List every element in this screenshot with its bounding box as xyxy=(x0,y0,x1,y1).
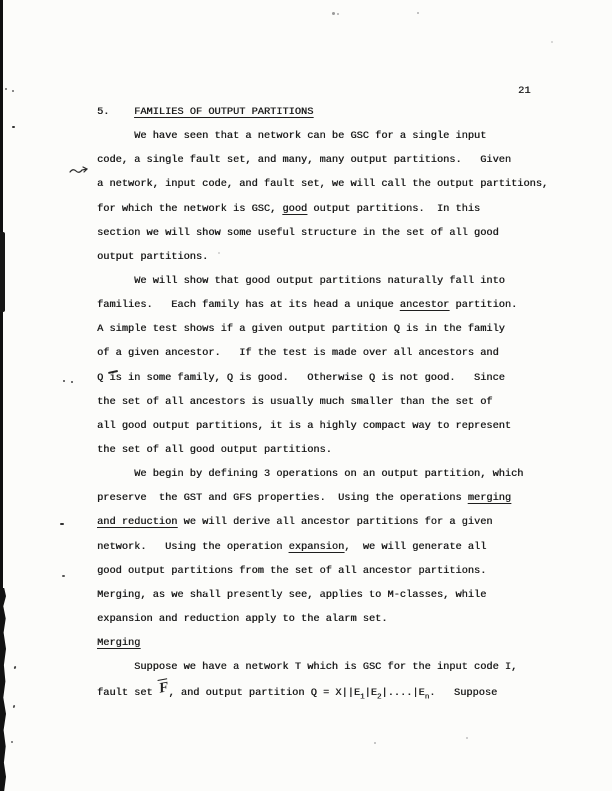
text-line: We have seen that a network can be GSC f… xyxy=(97,124,548,148)
text-line: a network, input code, and fault set, we… xyxy=(97,172,548,196)
text-line: 5. FAMILIES OF OUTPUT PARTITIONS xyxy=(97,100,548,124)
scan-speck xyxy=(374,742,376,744)
text-line: code, a single fault set, and many, many… xyxy=(97,148,548,172)
scan-speck xyxy=(62,575,65,577)
text-line: good output partitions from the set of a… xyxy=(97,559,548,583)
scan-speck xyxy=(337,13,339,15)
scan-speck xyxy=(12,90,14,92)
text-line: expansion and reduction apply to the ala… xyxy=(97,607,548,631)
text-line: Merging xyxy=(97,631,548,655)
scan-speck xyxy=(218,252,220,254)
scan-speck xyxy=(417,12,419,14)
text-line: of a given ancestor. If the test is made… xyxy=(97,341,548,365)
text-line: all good output partitions, it is a high… xyxy=(97,414,548,438)
text-line: We begin by defining 3 operations on an … xyxy=(97,462,548,486)
scan-speck xyxy=(11,741,13,743)
scan-speck xyxy=(372,591,374,593)
scan-speck xyxy=(14,666,17,670)
scan-speck xyxy=(551,41,553,43)
scan-speck xyxy=(205,591,207,593)
text-line: for which the network is GSC, good outpu… xyxy=(97,197,548,221)
scan-speck xyxy=(466,737,468,739)
scan-speck xyxy=(63,380,65,382)
text-line: families. Each family has at its head a … xyxy=(97,293,548,317)
text-line: and reduction we will derive all ancesto… xyxy=(97,510,548,534)
scan-speck xyxy=(60,523,64,525)
handwritten-arrow-mark xyxy=(69,164,89,176)
scan-speck xyxy=(13,705,16,708)
text-line: Merging, as we shall presently see, appl… xyxy=(97,583,548,607)
page-text: 5. FAMILIES OF OUTPUT PARTITIONS We have… xyxy=(97,100,548,704)
text-line: Q is in some family, Q is good. Otherwis… xyxy=(97,366,548,390)
text-line: A simple test shows if a given output pa… xyxy=(97,317,548,341)
page-number: 21 xyxy=(518,84,531,98)
scan-edge-blob xyxy=(0,232,5,312)
scan-speck xyxy=(246,592,249,594)
scan-speck xyxy=(71,381,73,383)
text-line: We will show that good output partitions… xyxy=(97,269,548,293)
text-line: the set of all good output partitions. xyxy=(97,438,548,462)
text-line: preserve the GST and GFS properties. Usi… xyxy=(97,486,548,510)
text-line: section we will show some useful structu… xyxy=(97,221,548,245)
document-page: 21 5. FAMILIES OF OUTPUT PARTITIONS We h… xyxy=(0,0,612,791)
text-line: the set of all ancestors is usually much… xyxy=(97,390,548,414)
scan-speck xyxy=(12,126,15,128)
scan-edge-blob-bottom xyxy=(0,588,6,791)
text-line: output partitions. xyxy=(97,245,548,269)
scan-speck xyxy=(5,88,7,90)
scan-speck xyxy=(332,12,335,15)
scan-speck xyxy=(320,592,322,594)
text-line: fault set F, and output partition Q = X|… xyxy=(97,679,548,703)
text-line: network. Using the operation expansion, … xyxy=(97,535,548,559)
